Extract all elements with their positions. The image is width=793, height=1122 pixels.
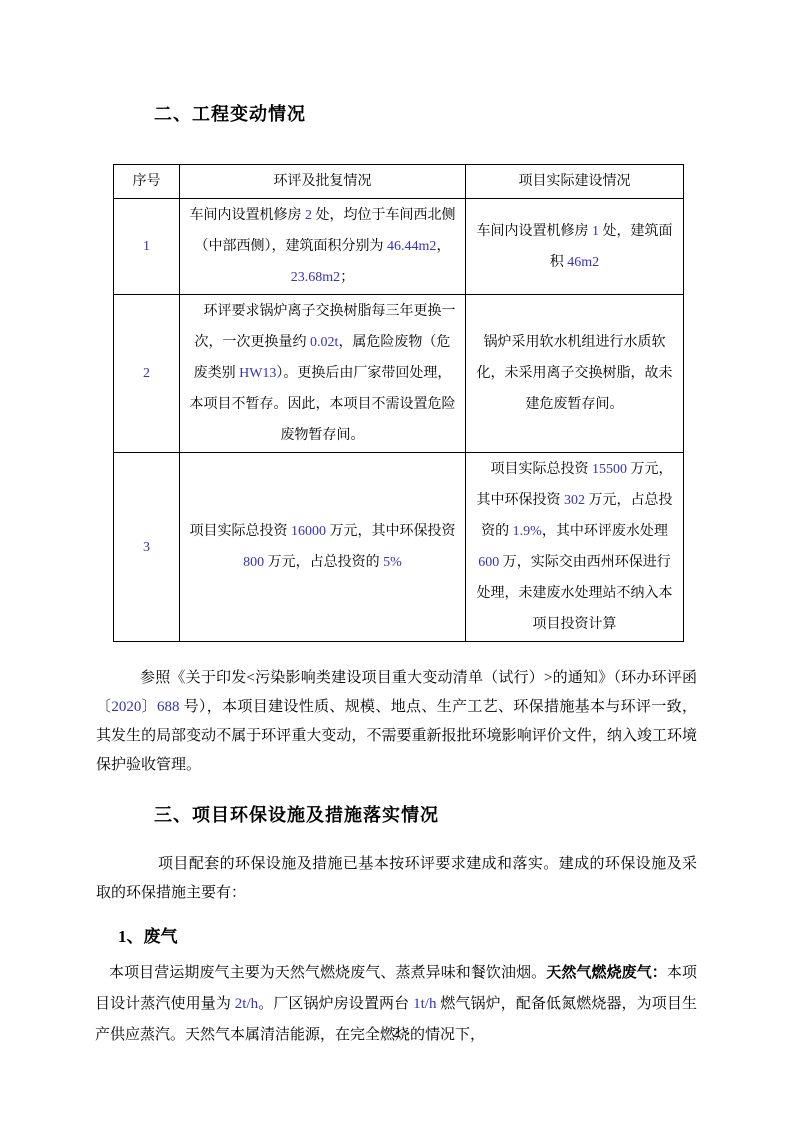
cell-row2-eia: 环评要求锅炉离子交换树脂每三年更换一次，一次更换量约 0.02t，属危险废物（危…	[180, 295, 466, 453]
highlighted-number: 2t/h	[235, 996, 258, 1012]
table-header-row: 序号 环评及批复情况 项目实际建设情况	[114, 165, 684, 199]
text-run: 万元，占总投资的	[264, 555, 383, 570]
text-run: 锅炉采用软水机组进行水质软化，未采用离子交换树脂，故未建危废暂存间。	[477, 335, 673, 412]
text-run: 万，实际交由西州环保进行处理，未建废水处理站不纳入本项目投资计算	[477, 555, 673, 632]
text-run: 万元，其中环保投资	[326, 524, 456, 539]
highlighted-number: 5%	[383, 555, 402, 570]
highlighted-number: 16000	[291, 524, 326, 539]
highlighted-number: 2	[143, 366, 150, 381]
text-run: 项目实际总投资	[491, 462, 593, 477]
highlighted-number: 3	[143, 540, 150, 555]
text-run: 项目配套的环保设施及措施已基本按环评要求建成和落实。建成的环保设施及采取的环保措…	[96, 856, 697, 901]
page-content: 二、工程变动情况 序号 环评及批复情况 项目实际建设情况 1 车间内设置机修房 …	[0, 100, 793, 1051]
text-run: 项目实际总投资	[190, 524, 292, 539]
highlighted-number: 23.68m2	[291, 270, 340, 285]
cell-row3-actual: 项目实际总投资 15500 万元，其中环保投资 302 万元，占总投资的 1.9…	[466, 453, 684, 642]
project-change-table: 序号 环评及批复情况 项目实际建设情况 1 车间内设置机修房 2 处，均位于车间…	[113, 164, 684, 642]
text-run: 车间内设置机修房	[190, 208, 306, 223]
highlighted-number: 15500	[592, 462, 627, 477]
paragraph-major-change-conclusion: 参照《关于印发<污染影响类建设项目重大变动清单（试行）>的通知》（环办环评函〔2…	[96, 664, 697, 780]
table-header-eia: 环评及批复情况	[180, 165, 466, 199]
section-heading-project-changes: 二、工程变动情况	[154, 100, 697, 126]
text-run: 〕	[141, 699, 157, 715]
text-run: 号），本项目建设性质、规模、地点、生产工艺、环保措施基本与环评一致，其发生的局部…	[96, 699, 697, 773]
cell-row2-actual: 锅炉采用软水机组进行水质软化，未采用离子交换树脂，故未建危废暂存间。	[466, 295, 684, 453]
text-run: 天然气燃烧废气：	[546, 965, 667, 981]
highlighted-number: 1.9%	[513, 524, 542, 539]
paragraph-env-measures-intro: 项目配套的环保设施及措施已基本按环评要求建成和落实。建成的环保设施及采取的环保措…	[96, 850, 697, 908]
text-run: ，	[436, 239, 450, 254]
section-heading-env-measures: 三、项目环保设施及措施落实情况	[154, 801, 697, 827]
highlighted-number: 1t/h	[413, 996, 436, 1012]
highlighted-number: 800	[243, 555, 264, 570]
cell-row1-no: 1	[114, 199, 180, 295]
highlighted-number: 1	[592, 224, 599, 239]
highlighted-number: 2	[305, 208, 312, 223]
cell-row3-no: 3	[114, 453, 180, 642]
table-header-actual: 项目实际建设情况	[466, 165, 684, 199]
highlighted-number: HW13	[239, 366, 276, 381]
document-page: 二、工程变动情况 序号 环评及批复情况 项目实际建设情况 1 车间内设置机修房 …	[0, 0, 793, 1122]
text-run: 。厂区锅炉房设置两台	[258, 996, 413, 1012]
cell-row1-eia: 车间内设置机修房 2 处，均位于车间西北侧（中部西侧），建筑面积分别为 46.4…	[180, 199, 466, 295]
highlighted-number: 302	[564, 493, 585, 508]
page-number: 2	[0, 1026, 793, 1042]
cell-row3-eia: 项目实际总投资 16000 万元，其中环保投资 800 万元，占总投资的 5%	[180, 453, 466, 642]
table-row: 2 环评要求锅炉离子交换树脂每三年更换一次，一次更换量约 0.02t，属危险废物…	[114, 295, 684, 453]
highlighted-number: 46m2	[567, 255, 599, 270]
text-run: 车间内设置机修房	[477, 224, 593, 239]
table-row: 1 车间内设置机修房 2 处，均位于车间西北侧（中部西侧），建筑面积分别为 46…	[114, 199, 684, 295]
text-run: ；	[340, 270, 354, 285]
cell-row2-no: 2	[114, 295, 180, 453]
highlighted-number: 0.02t	[310, 335, 338, 350]
highlighted-number: 600	[478, 555, 499, 570]
cell-row1-actual: 车间内设置机修房 1 处，建筑面积 46m2	[466, 199, 684, 295]
highlighted-number: 46.44m2	[387, 239, 436, 254]
text-run: 本项目营运期废气主要为天然气燃烧废气、蒸煮异味和餐饮油烟。	[109, 965, 546, 981]
highlighted-number: 688	[157, 699, 180, 715]
table-row: 3 项目实际总投资 16000 万元，其中环保投资 800 万元，占总投资的 5…	[114, 453, 684, 642]
text-run: ，其中环评废水处理	[542, 524, 668, 539]
highlighted-number: 1	[143, 239, 150, 254]
highlighted-number: 2020	[111, 699, 141, 715]
subsection-heading-waste-gas: 1、废气	[118, 922, 697, 947]
table-header-no: 序号	[114, 165, 180, 199]
